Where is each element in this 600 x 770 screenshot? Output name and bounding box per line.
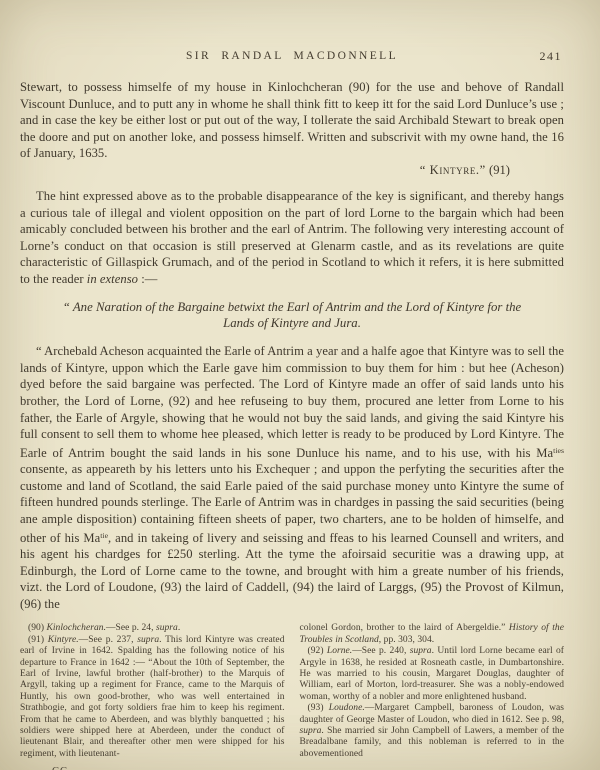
signature-mark: CC bbox=[52, 766, 285, 770]
page-number: 241 bbox=[540, 49, 563, 64]
paragraph-commentary: The hint expressed above as to the proba… bbox=[20, 188, 564, 288]
book-page: SIR RANDAL MACDONNELL 241 Stewart, to po… bbox=[0, 0, 600, 770]
running-head: SIR RANDAL MACDONNELL 241 bbox=[20, 50, 564, 62]
signature-name: “ Kintyre.” bbox=[420, 163, 486, 177]
footnote-91-continuation: colonel Gordon, brother to the laird of … bbox=[300, 623, 565, 646]
paragraph-narration: “ Archebald Acheson acquainted the Earle… bbox=[20, 343, 564, 612]
document-heading: “ Ane Naration of the Bargaine betwixt t… bbox=[20, 299, 564, 333]
signature-reference: (91) bbox=[486, 163, 510, 177]
footnote-93: (93) Loudone.—Margaret Campbell, barones… bbox=[300, 703, 565, 760]
footnote-91: (91) Kintyre.—See p. 237, supra. This lo… bbox=[20, 635, 285, 760]
document-heading-line2: Lands of Kintyre and Jura. bbox=[20, 315, 564, 332]
running-title: SIR RANDAL MACDONNELL bbox=[186, 50, 398, 62]
footnote-column-right: colonel Gordon, brother to the laird of … bbox=[300, 623, 565, 770]
paragraph-will-excerpt: Stewart, to possess himselfe of my house… bbox=[20, 79, 564, 162]
document-heading-line1: “ Ane Naration of the Bargaine betwixt t… bbox=[20, 299, 564, 316]
footnote-column-left: (90) Kinlochcheran.—See p. 24, supra. (9… bbox=[20, 623, 285, 770]
paragraph-gap bbox=[20, 179, 564, 188]
signature-line: “ Kintyre.” (91) bbox=[20, 162, 564, 179]
footnotes-section: (90) Kinlochcheran.—See p. 24, supra. (9… bbox=[20, 623, 564, 770]
footnote-90: (90) Kinlochcheran.—See p. 24, supra. bbox=[20, 623, 285, 634]
footnote-92: (92) Lorne.—See p. 240, supra. Until lor… bbox=[300, 646, 565, 703]
